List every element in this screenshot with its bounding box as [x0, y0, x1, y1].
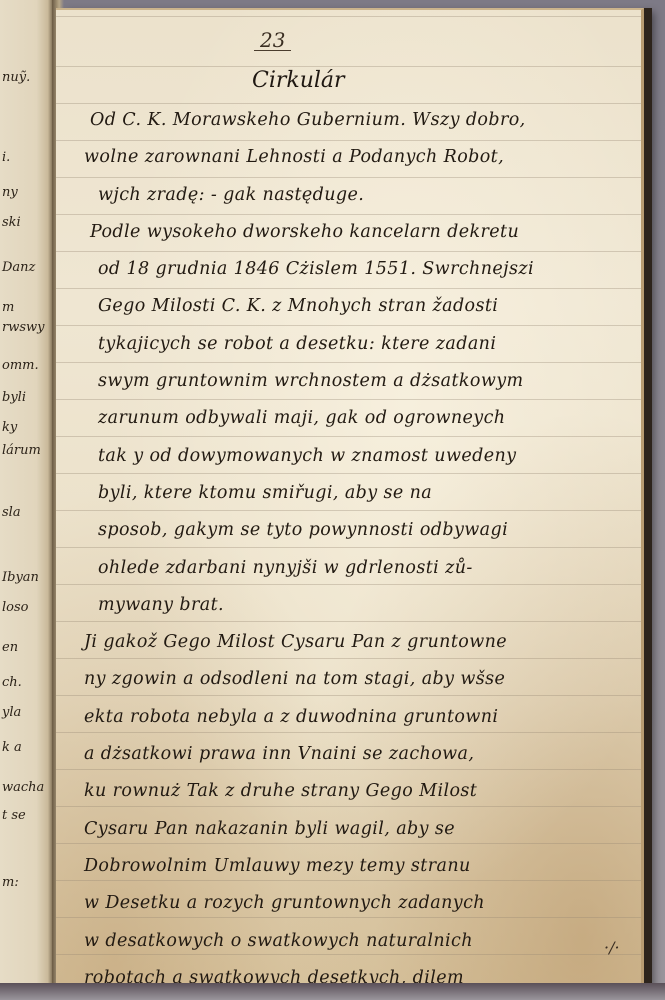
left-page-text-fragment: en: [2, 640, 18, 655]
left-page-text-fragment: loso: [2, 600, 28, 615]
left-page-text-fragment: ch.: [2, 675, 22, 690]
left-page-text-fragment: yla: [2, 705, 21, 720]
manuscript-photo: nuỹ.i.nyskiDanzmrwswyomm.bylikylárumslaI…: [0, 0, 665, 1000]
text-line: w Desetku a rozych gruntownych zadanych: [84, 885, 634, 922]
left-page-text-fragment: ny: [2, 185, 18, 200]
handwritten-text-block: Od C. K. Morawskeho Gubernium. Wszy dobr…: [84, 102, 634, 997]
left-page-text-fragment: sla: [2, 505, 21, 520]
text-line: Cysaru Pan nakazanin byli wagil, aby se: [84, 811, 634, 848]
left-page-text-fragment: wacha: [2, 780, 44, 795]
text-line: tak y od dowymowanych w znamost uwedeny: [84, 438, 634, 475]
text-line: zarunum odbywali maji, gak od ogrowneych: [84, 400, 634, 437]
left-facing-page: nuỹ.i.nyskiDanzmrwswyomm.bylikylárumslaI…: [0, 0, 54, 985]
left-page-text-fragment: i.: [2, 150, 10, 165]
text-line: wolne zarownani Lehnosti a Podanych Robo…: [84, 139, 634, 176]
page-number: 23: [254, 30, 291, 51]
text-line: w desatkowych o swatkowych naturalnich: [84, 923, 634, 960]
text-line: Ji gakož Gego Milost Cysaru Pan z grunto…: [84, 624, 634, 661]
text-line: Dobrowolnim Umlauwy mezy temy stranu: [84, 848, 634, 885]
document-title: Cirkulár: [252, 68, 345, 93]
text-line: od 18 grudnia 1846 Cżislem 1551. Swrchne…: [84, 251, 634, 288]
left-page-text-fragment: ky: [2, 420, 17, 435]
text-line: ku rownuż Tak z druhe strany Gego Milost: [84, 773, 634, 810]
text-line: ekta robota nebyla a z duwodnina gruntow…: [84, 699, 634, 736]
left-page-text-fragment: lárum: [2, 443, 41, 458]
table-surface: [0, 983, 665, 1000]
text-line: Podle wysokeho dworskeho kancelarn dekre…: [84, 214, 634, 251]
left-page-text-fragment: omm.: [2, 358, 39, 373]
text-line: ny zgowin a odsodleni na tom stagi, aby …: [84, 661, 634, 698]
left-page-text-fragment: m: [2, 300, 14, 315]
text-line: swym gruntownim wrchnostem a dżsatkowym: [84, 363, 634, 400]
left-page-text-fragment: byli: [2, 390, 26, 405]
left-page-text-fragment: k a: [2, 740, 22, 755]
text-line: ohlede zdarbani nynyjši w gdrlenosti zů-: [84, 550, 634, 587]
text-line: wjch zradę: - gak nastęduge.: [84, 177, 634, 214]
left-page-text-fragment: Ibyan: [2, 570, 39, 585]
left-page-text-fragment: Danz: [2, 260, 35, 275]
text-line: Od C. K. Morawskeho Gubernium. Wszy dobr…: [84, 102, 634, 139]
text-line: mywany brat.: [84, 587, 634, 624]
text-line: Gego Milosti C. K. z Mnohych stran žados…: [84, 288, 634, 325]
text-line: a dżsatkowi prawa inn Vnaini se zachowa,: [84, 736, 634, 773]
text-line: byli, ktere ktomu smiřugi, aby se na: [84, 475, 634, 512]
continuation-mark: ·/·: [604, 938, 620, 957]
left-page-text-fragment: t se: [2, 808, 26, 823]
left-page-text-fragment: m:: [2, 875, 19, 890]
left-page-text-fragment: ski: [2, 215, 21, 230]
text-line: sposob, gakym se tyto powynnosti odbywag…: [84, 512, 634, 549]
text-line: tykajicych se robot a desetku: ktere zad…: [84, 326, 634, 363]
manuscript-page: 23 Cirkulár Od C. K. Morawskeho Guberniu…: [56, 8, 644, 988]
left-page-text-fragment: nuỹ.: [2, 70, 30, 85]
left-page-text-fragment: rwswy: [2, 320, 45, 335]
